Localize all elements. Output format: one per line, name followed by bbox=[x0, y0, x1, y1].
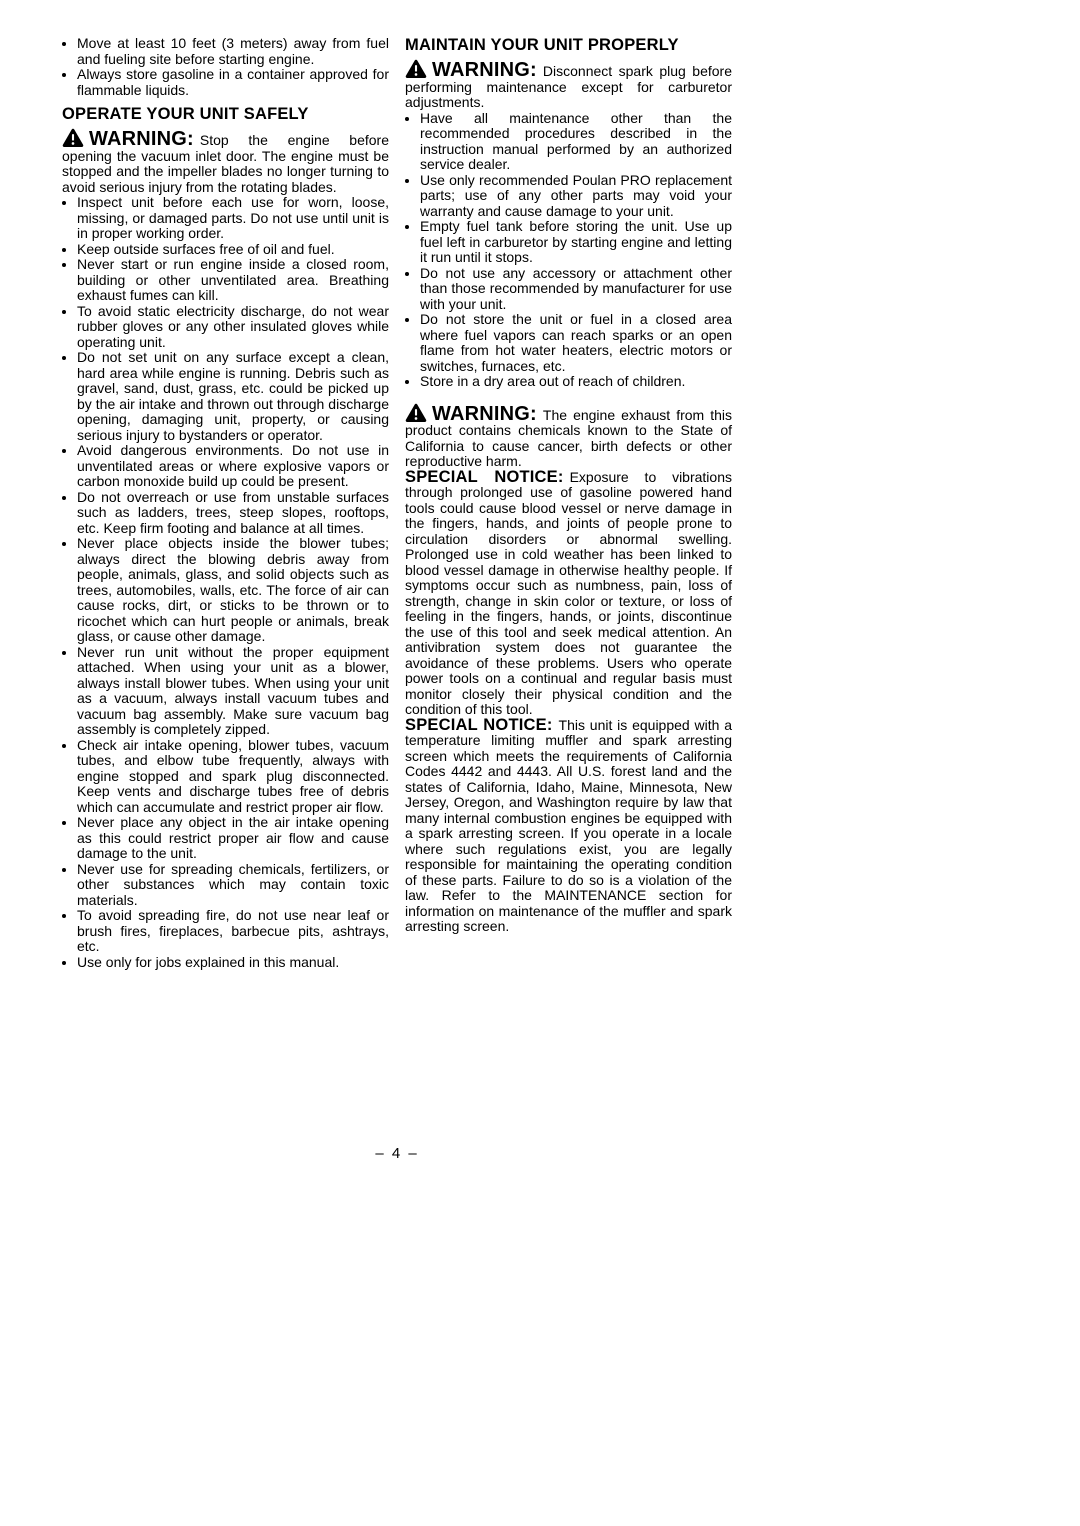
list-item: Do not store the unit or fuel in a close… bbox=[420, 312, 732, 374]
list-item: Do not use any accessory or attachment o… bbox=[420, 266, 732, 313]
page-content: Move at least 10 feet (3 meters) away fr… bbox=[62, 36, 732, 970]
list-item: Check air intake opening, blower tubes, … bbox=[77, 738, 389, 816]
warning-paragraph-engine-exhaust: WARNING:The engine exhaust from this pro… bbox=[405, 403, 732, 470]
list-item: Never place any object in the air intake… bbox=[77, 815, 389, 862]
special-notice-label: SPECIAL NOTICE: bbox=[405, 468, 564, 486]
warning-paragraph-spark-plug: WARNING:Disconnect spark plug before per… bbox=[405, 59, 732, 111]
list-item: Never use for spreading chemicals, ferti… bbox=[77, 862, 389, 909]
special-notice-spark-arrestor: SPECIAL NOTICE:This unit is equipped wit… bbox=[405, 718, 732, 935]
list-item: Always store gasoline in a container app… bbox=[77, 67, 389, 98]
list-item: To avoid static electricity discharge, d… bbox=[77, 304, 389, 351]
list-item: Never start or run engine inside a close… bbox=[77, 257, 389, 304]
list-item: To avoid spreading fire, do not use near… bbox=[77, 908, 389, 955]
special-notice-vibration: SPECIAL NOTICE:Exposure to vibrations th… bbox=[405, 470, 732, 718]
special-notice-text: This unit is equipped with a temperature… bbox=[405, 717, 732, 935]
list-item: Do not overreach or use from unstable su… bbox=[77, 490, 389, 537]
list-item: Never place objects inside the blower tu… bbox=[77, 536, 389, 645]
list-item: Move at least 10 feet (3 meters) away fr… bbox=[77, 36, 389, 67]
list-item: Inspect unit before each use for worn, l… bbox=[77, 195, 389, 242]
list-item: Use only recommended Poulan PRO replacem… bbox=[420, 173, 732, 220]
maintain-bullet-list: Have all maintenance other than the reco… bbox=[405, 111, 732, 390]
manual-page: Move at least 10 feet (3 meters) away fr… bbox=[0, 0, 1080, 1526]
special-notice-text: Exposure to vibrations through prolonged… bbox=[405, 469, 732, 718]
list-item: Keep outside surfaces free of oil and fu… bbox=[77, 242, 389, 258]
list-item: Avoid dangerous environments. Do not use… bbox=[77, 443, 389, 490]
warning-triangle-icon bbox=[405, 59, 427, 79]
list-item: Do not set unit on any surface except a … bbox=[77, 350, 389, 443]
warning-triangle-icon bbox=[405, 403, 427, 423]
section-heading-operate-safely: OPERATE YOUR UNIT SAFELY bbox=[62, 105, 389, 124]
list-item: Empty fuel tank before storing the unit.… bbox=[420, 219, 732, 266]
list-item: Have all maintenance other than the reco… bbox=[420, 111, 732, 173]
list-item: Store in a dry area out of reach of chil… bbox=[420, 374, 732, 390]
operate-safely-bullet-list: Inspect unit before each use for worn, l… bbox=[62, 195, 389, 970]
list-item: Use only for jobs explained in this manu… bbox=[77, 955, 389, 971]
section-heading-maintain-properly: MAINTAIN YOUR UNIT PROPERLY bbox=[405, 36, 732, 55]
left-column: Move at least 10 feet (3 meters) away fr… bbox=[62, 36, 389, 970]
warning-triangle-icon bbox=[62, 128, 84, 148]
list-item: Never run unit without the proper equipm… bbox=[77, 645, 389, 738]
fueling-bullet-list: Move at least 10 feet (3 meters) away fr… bbox=[62, 36, 389, 98]
special-notice-label: SPECIAL NOTICE: bbox=[405, 716, 553, 734]
page-number: – 4 – bbox=[62, 1146, 732, 1162]
warning-paragraph-engine-stop: WARNING:Stop the engine before opening t… bbox=[62, 128, 389, 195]
right-column: MAINTAIN YOUR UNIT PROPERLY WARNING:Disc… bbox=[405, 36, 732, 970]
